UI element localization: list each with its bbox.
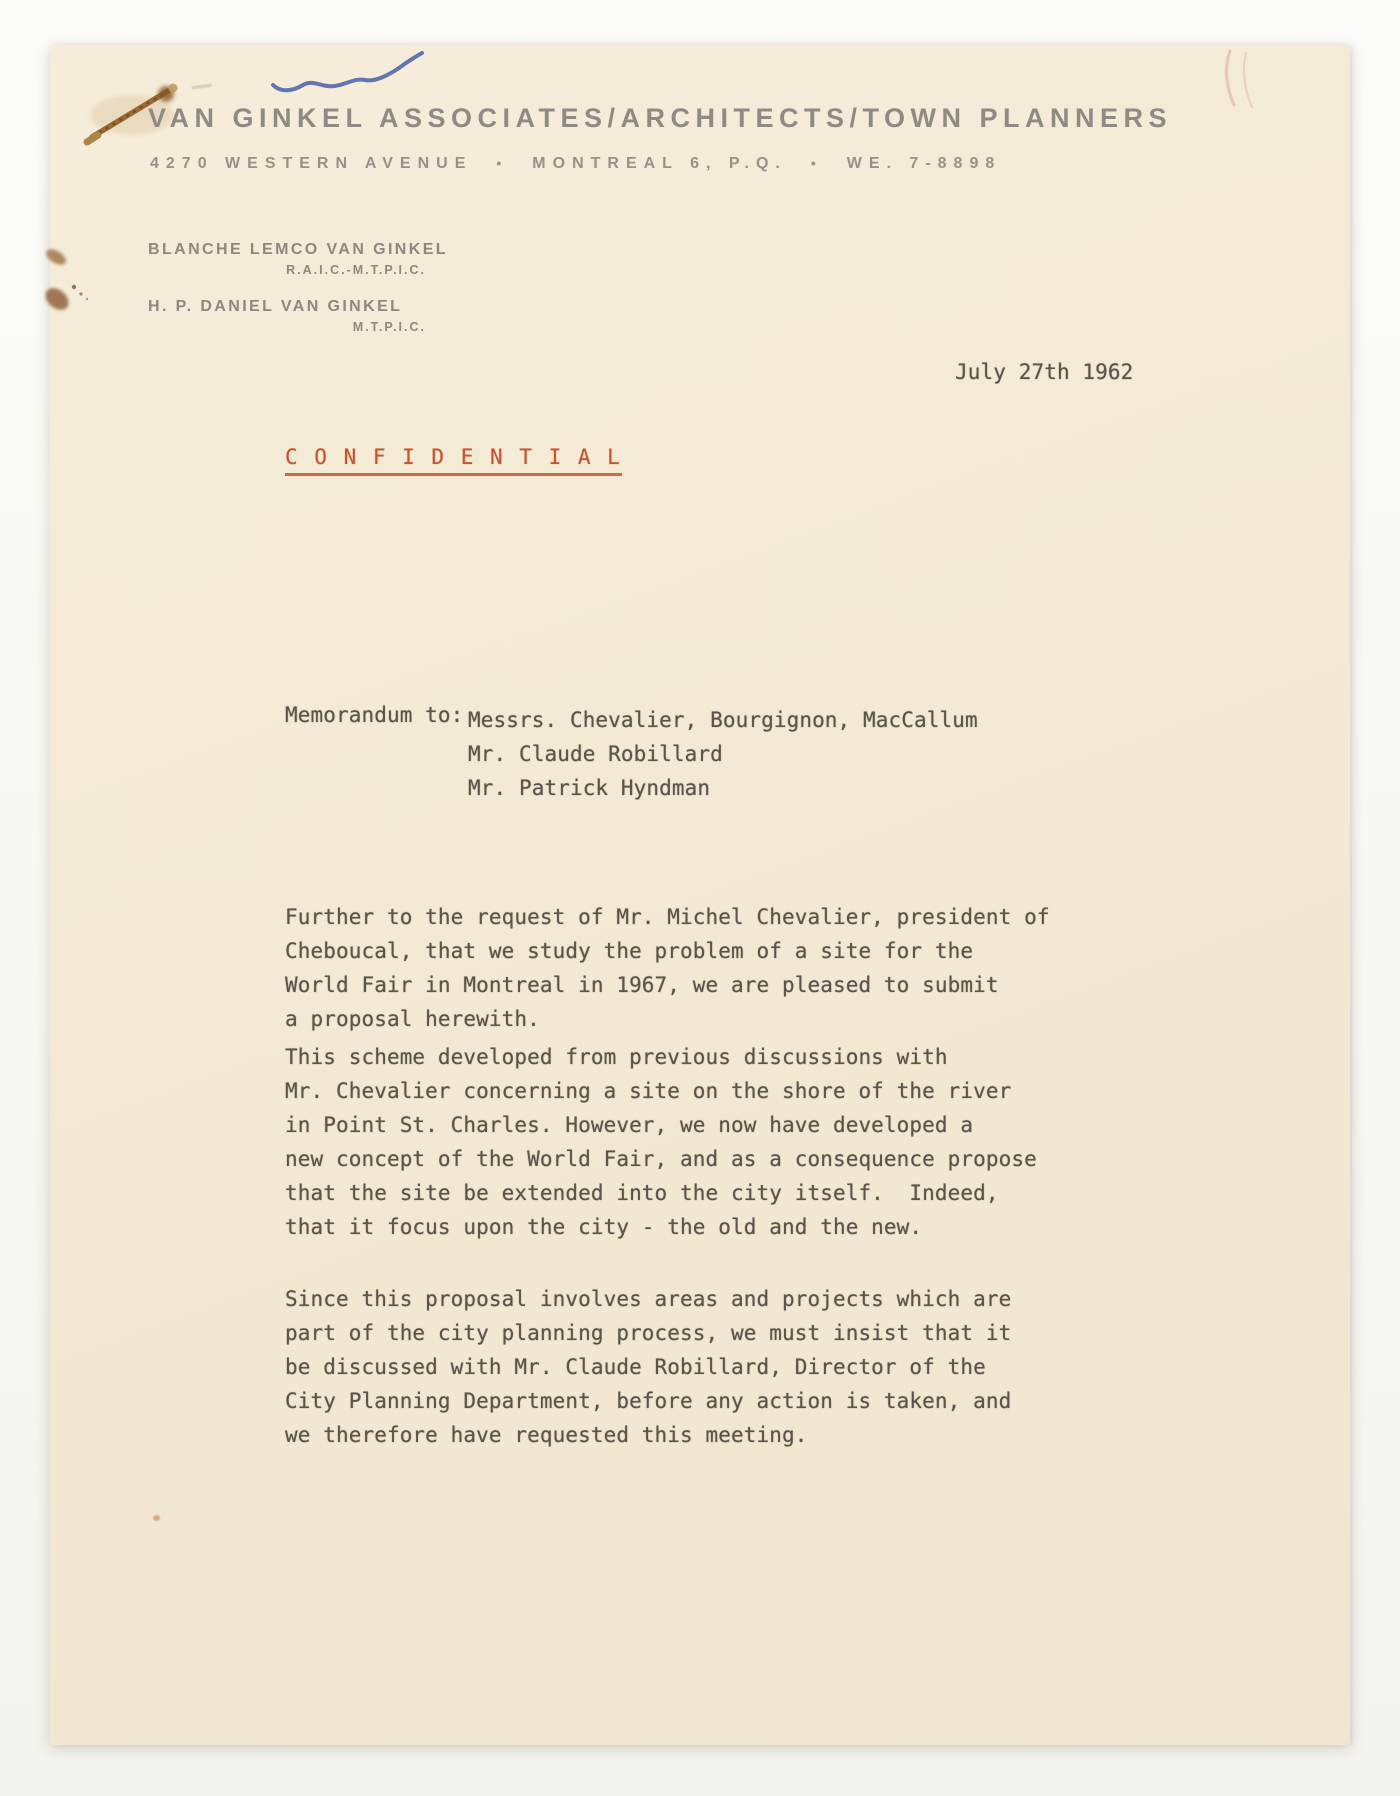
body-line: that it focus upon the city - the old an… bbox=[285, 1210, 1037, 1244]
faint-stain-top-right bbox=[1200, 45, 1290, 115]
recipient: Messrs. Chevalier, Bourgignon, MacCallum bbox=[468, 703, 978, 737]
body-line: City Planning Department, before any act… bbox=[285, 1384, 1011, 1418]
body-line: a proposal herewith. bbox=[285, 1002, 1050, 1036]
paragraph-2: This scheme developed from previous disc… bbox=[285, 1040, 1037, 1244]
address-line: 4270 WESTERN AVENUE•MONTREAL 6, P.Q.•WE.… bbox=[150, 155, 1001, 173]
body-line: part of the city planning process, we mu… bbox=[285, 1316, 1011, 1350]
body-line: This scheme developed from previous disc… bbox=[285, 1040, 1037, 1074]
body-line: World Fair in Montreal in 1967, we are p… bbox=[285, 968, 1050, 1002]
principal-credentials: R.A.I.C.-M.T.P.I.C. bbox=[148, 263, 426, 277]
pencil-smudge bbox=[192, 84, 213, 94]
body-line: in Point St. Charles. However, we now ha… bbox=[285, 1108, 1037, 1142]
address-separator: • bbox=[811, 155, 823, 171]
body-line: Mr. Chevalier concerning a site on the s… bbox=[285, 1074, 1037, 1108]
small-stain-bottom-left bbox=[153, 1515, 160, 1521]
letter-page: VAN GINKEL ASSOCIATES/ARCHITECTS/TOWN PL… bbox=[50, 45, 1350, 1745]
recipient-list: Messrs. Chevalier, Bourgignon, MacCallum… bbox=[468, 703, 978, 805]
paragraph-1: Further to the request of Mr. Michel Che… bbox=[285, 900, 1050, 1036]
confidential-stamp: C O N F I D E N T I A L bbox=[285, 445, 622, 476]
body-line: Cheboucal, that we study the problem of … bbox=[285, 934, 1050, 968]
body-line: we therefore have requested this meeting… bbox=[285, 1418, 1011, 1452]
body-line: that the site be extended into the city … bbox=[285, 1176, 1037, 1210]
principal-name: BLANCHE LEMCO VAN GINKEL bbox=[148, 241, 426, 259]
principal-credentials: M.T.P.I.C. bbox=[148, 320, 426, 334]
paragraph-3: Since this proposal involves areas and p… bbox=[285, 1282, 1011, 1452]
recipient: Mr. Patrick Hyndman bbox=[468, 771, 978, 805]
recipient: Mr. Claude Robillard bbox=[468, 737, 978, 771]
principal-name: H. P. DANIEL VAN GINKEL bbox=[148, 298, 426, 316]
principal-block: BLANCHE LEMCO VAN GINKEL R.A.I.C.-M.T.P.… bbox=[148, 241, 426, 277]
address-separator: • bbox=[496, 155, 508, 171]
body-line: new concept of the World Fair, and as a … bbox=[285, 1142, 1037, 1176]
rust-stains-left-edge bbox=[40, 237, 110, 352]
memo-to-label: Memorandum to: bbox=[285, 703, 463, 727]
date: July 27th 1962 bbox=[955, 360, 1133, 384]
body-line: Further to the request of Mr. Michel Che… bbox=[285, 900, 1050, 934]
phone-number: WE. 7-8898 bbox=[847, 155, 1001, 172]
blue-ink-scribble bbox=[265, 45, 430, 97]
body-line: Since this proposal involves areas and p… bbox=[285, 1282, 1011, 1316]
scan-background: VAN GINKEL ASSOCIATES/ARCHITECTS/TOWN PL… bbox=[0, 0, 1400, 1796]
firm-name: VAN GINKEL ASSOCIATES/ARCHITECTS/TOWN PL… bbox=[148, 103, 1172, 134]
principal-block: H. P. DANIEL VAN GINKEL M.T.P.I.C. bbox=[148, 298, 426, 334]
city: MONTREAL 6, P.Q. bbox=[532, 155, 787, 172]
street-address: 4270 WESTERN AVENUE bbox=[150, 155, 472, 172]
body-line: be discussed with Mr. Claude Robillard, … bbox=[285, 1350, 1011, 1384]
